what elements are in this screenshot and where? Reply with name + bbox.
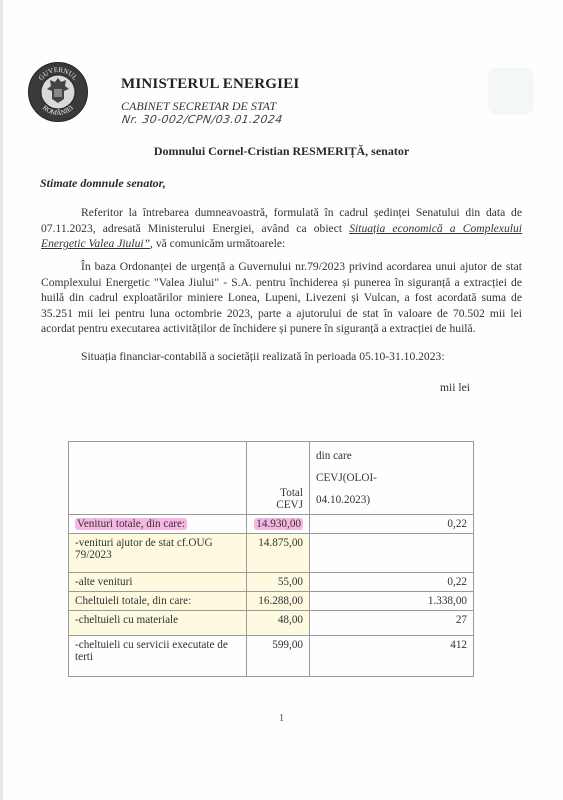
salutation: Stimate domnule senator, bbox=[40, 176, 166, 191]
row-total: 14.875,00 bbox=[247, 534, 310, 573]
row-total: 48,00 bbox=[247, 611, 310, 636]
intro-closing: , vă comunicăm următoarele: bbox=[150, 237, 285, 250]
table-row: -venituri ajutor de stat cf.OUG 79/2023 … bbox=[69, 534, 474, 573]
header-subset: din care CEVJ(OLOI- 04.10.2023) bbox=[310, 442, 474, 515]
faint-watermark bbox=[488, 68, 534, 114]
table-header-row: Total CEVJ din care CEVJ(OLOI- 04.10.202… bbox=[69, 442, 474, 515]
state-aid-text: În baza Ordonanței de urgență a Guvernul… bbox=[41, 260, 522, 335]
document-page: GUVERNUL ROMÂNIEI MINISTERUL ENERGIEI CA… bbox=[0, 0, 563, 800]
header-subset-line3: 04.10.2023) bbox=[316, 489, 467, 511]
row-total: 16.288,00 bbox=[247, 592, 310, 611]
row-total-text: 14.930,00 bbox=[254, 518, 303, 530]
addressee: Domnului Cornel-Cristian RESMERIȚĂ, sena… bbox=[0, 144, 563, 159]
row-label: -cheltuieli cu servicii executate de ter… bbox=[69, 636, 247, 677]
header-subset-line1: din care bbox=[316, 445, 467, 467]
table-row: -alte venituri 55,00 0,22 bbox=[69, 573, 474, 592]
government-seal-icon: GUVERNUL ROMÂNIEI bbox=[28, 62, 88, 122]
row-label: -alte venituri bbox=[69, 573, 247, 592]
row-subset: 0,22 bbox=[310, 573, 474, 592]
row-subset: 1.338,00 bbox=[310, 592, 474, 611]
registration-number: Nr. 30-002/CPN/03.01.2024 bbox=[121, 113, 283, 126]
table-row: Cheltuieli totale, din care: 16.288,00 1… bbox=[69, 592, 474, 611]
row-total: 14.930,00 bbox=[247, 515, 310, 534]
header-total: Total CEVJ bbox=[247, 442, 310, 515]
row-label-text: Venituri totale, din care: bbox=[75, 518, 187, 530]
ministry-name: MINISTERUL ENERGIEI bbox=[121, 76, 299, 93]
row-label: -cheltuieli cu materiale bbox=[69, 611, 247, 636]
paragraph-intro: Referitor la întrebarea dumneavoastră, f… bbox=[41, 205, 522, 252]
row-subset: 412 bbox=[310, 636, 474, 677]
row-label: Venituri totale, din care: bbox=[69, 515, 247, 534]
row-subset bbox=[310, 534, 474, 573]
row-subset: 27 bbox=[310, 611, 474, 636]
row-total: 599,00 bbox=[247, 636, 310, 677]
header-subset-line2: CEVJ(OLOI- bbox=[316, 467, 467, 489]
financial-situation-text: Situația financiar-contabilă a societăți… bbox=[81, 350, 445, 363]
row-total: 55,00 bbox=[247, 573, 310, 592]
row-subset: 0,22 bbox=[310, 515, 474, 534]
header-label-cell bbox=[69, 442, 247, 515]
unit-label: mii lei bbox=[440, 381, 470, 394]
table-row: -cheltuieli cu servicii executate de ter… bbox=[69, 636, 474, 677]
row-label: -venituri ajutor de stat cf.OUG 79/2023 bbox=[69, 534, 247, 573]
cabinet-name: CABINET SECRETAR DE STAT bbox=[121, 99, 276, 114]
row-label: Cheltuieli totale, din care: bbox=[69, 592, 247, 611]
table-row: -cheltuieli cu materiale 48,00 27 bbox=[69, 611, 474, 636]
page-number: 1 bbox=[0, 712, 563, 724]
page-edge bbox=[0, 0, 3, 800]
financial-table: Total CEVJ din care CEVJ(OLOI- 04.10.202… bbox=[68, 441, 474, 677]
table-row: Venituri totale, din care: 14.930,00 0,2… bbox=[69, 515, 474, 534]
paragraph-state-aid: În baza Ordonanței de urgență a Guvernul… bbox=[41, 259, 522, 337]
paragraph-financial-situation: Situația financiar-contabilă a societăți… bbox=[41, 349, 522, 365]
